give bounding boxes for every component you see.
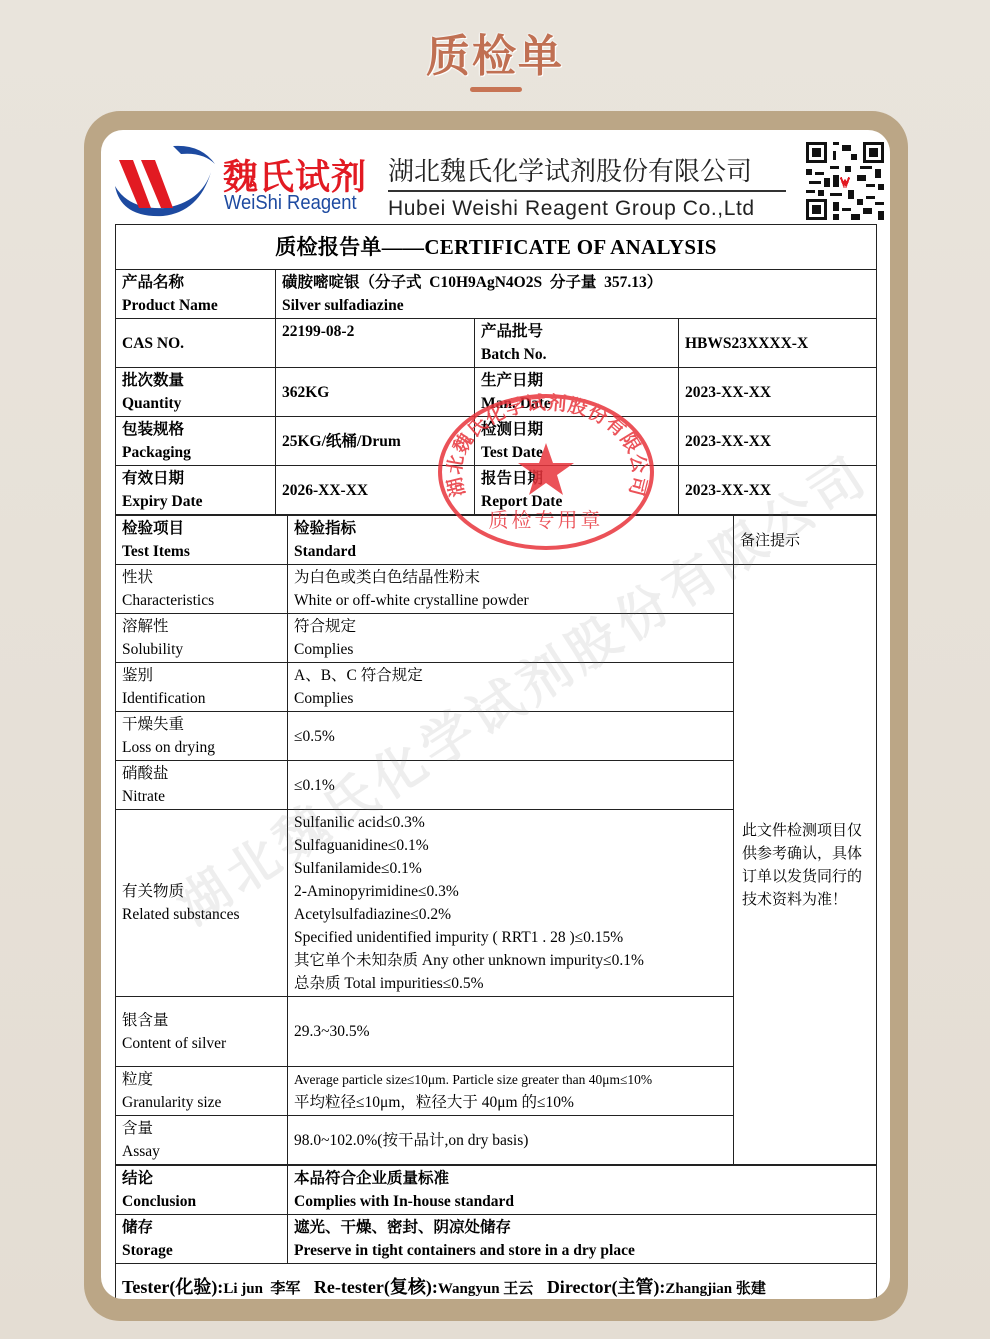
- test-standard: ≤0.1%: [288, 761, 734, 810]
- test-item: 银含量Content of silver: [116, 997, 288, 1067]
- quantity-row: 批次数量Quantity 362KG 生产日期Man. Date 2023-XX…: [116, 368, 877, 417]
- label-cn: 生产日期: [481, 369, 672, 392]
- label-en: Batch No.: [481, 343, 672, 366]
- test-row: 性状Characteristics为白色或类白色结晶性粉末White or of…: [116, 565, 877, 614]
- letterhead: 魏氏试剂 WeiShi Reagent 湖北魏氏化学试剂股份有限公司 Hubei…: [111, 140, 881, 228]
- tester-label: Tester(化验):: [122, 1277, 223, 1297]
- director-name: Zhangjian 张建: [665, 1281, 765, 1297]
- label-cn: 储存: [122, 1216, 281, 1239]
- test-item-en: Related substances: [122, 903, 281, 926]
- test-item-en: Assay: [122, 1140, 281, 1163]
- label-en: Conclusion: [122, 1190, 281, 1213]
- expiry-value: 2026-XX-XX: [276, 466, 475, 515]
- test-item: 含量Assay: [116, 1116, 288, 1165]
- test-standard: 符合规定Complies: [288, 614, 734, 663]
- standard-line: Sulfanilamide≤0.1%: [294, 857, 727, 880]
- standard-line: Acetylsulfadiazine≤0.2%: [294, 903, 727, 926]
- report-date-value: 2023-XX-XX: [679, 466, 877, 515]
- packaging-row: 包装规格Packaging 25KG/纸桶/Drum 检测日期Test Date…: [116, 417, 877, 466]
- standard-line: 总杂质 Total impurities≤0.5%: [294, 972, 727, 995]
- label-en: Expiry Date: [122, 490, 269, 513]
- standard-line: 98.0~102.0%(按干品计,on dry basis): [294, 1129, 727, 1152]
- test-item: 粒度Granularity size: [116, 1067, 288, 1116]
- retester-name: Wangyun 王云: [438, 1281, 533, 1297]
- standard-line: Sulfaguanidine≤0.1%: [294, 834, 727, 857]
- label-en: Storage: [122, 1239, 281, 1262]
- label-cn: 报告日期: [481, 467, 672, 490]
- standard-line: Complies: [294, 687, 727, 710]
- test-item-en: Loss on drying: [122, 736, 281, 759]
- test-item-cn: 溶解性: [122, 615, 281, 638]
- standard-line: Specified unidentified impurity ( RRT1 .…: [294, 926, 727, 949]
- retester-label: Re-tester(复核):: [314, 1277, 438, 1297]
- certificate-title: 质检报告单——CERTIFICATE OF ANALYSIS: [116, 225, 877, 270]
- weishi-logo-icon: [111, 142, 219, 222]
- storage-row: 储存Storage 遮光、干燥、密封、阴凉处储存Preserve in tigh…: [116, 1215, 877, 1264]
- test-item-cn: 有关物质: [122, 880, 281, 903]
- expiry-row: 有效日期Expiry Date 2026-XX-XX 报告日期Report Da…: [116, 466, 877, 515]
- standard-line: White or off-white crystalline powder: [294, 589, 727, 612]
- certificate-card: 魏氏试剂 WeiShi Reagent 湖北魏氏化学试剂股份有限公司 Hubei…: [101, 130, 890, 1299]
- tester-name: Li jun 李军: [223, 1281, 300, 1297]
- label-cn: 检测日期: [481, 418, 672, 441]
- header-item-en: Test Items: [122, 540, 281, 563]
- test-standard: 29.3~30.5%: [288, 997, 734, 1067]
- page-title: 质检单: [0, 20, 990, 84]
- label-en: Quantity: [122, 392, 269, 415]
- quantity-value: 362KG: [276, 368, 475, 417]
- label-cn: 产品名称: [122, 271, 269, 294]
- standard-line: 其它单个未知杂质 Any other unknown impurity≤0.1%: [294, 949, 727, 972]
- test-standard: 为白色或类白色结晶性粉末White or off-white crystalli…: [288, 565, 734, 614]
- label-en: Packaging: [122, 441, 269, 464]
- test-item-cn: 粒度: [122, 1068, 281, 1091]
- header-standard-en: Standard: [294, 540, 727, 563]
- standard-line: 符合规定: [294, 615, 727, 638]
- brand-name-en: WeiShi Reagent: [224, 192, 357, 215]
- test-standard: 98.0~102.0%(按干品计,on dry basis): [288, 1116, 734, 1165]
- conclusion-row: 结论Conclusion 本品符合企业质量标准Complies with In-…: [116, 1166, 877, 1215]
- label-cn: 有效日期: [122, 467, 269, 490]
- label-en: Report Date: [481, 490, 672, 513]
- test-item-cn: 性状: [122, 566, 281, 589]
- standard-line: 29.3~30.5%: [294, 1020, 727, 1043]
- label-en: Test Date: [481, 441, 672, 464]
- test-item: 性状Characteristics: [116, 565, 288, 614]
- standard-line: Complies: [294, 638, 727, 661]
- standard-line: A、B、C 符合规定: [294, 664, 727, 687]
- label-cn: 批次数量: [122, 369, 269, 392]
- test-item: 干燥失重Loss on drying: [116, 712, 288, 761]
- test-item: 有关物质Related substances: [116, 810, 288, 997]
- packaging-value: 25KG/纸桶/Drum: [276, 417, 475, 466]
- storage-en: Preserve in tight containers and store i…: [294, 1239, 870, 1262]
- label-cn: 包装规格: [122, 418, 269, 441]
- label-cn: 结论: [122, 1167, 281, 1190]
- label-en: Man. Date: [481, 392, 672, 415]
- conclusion-cn: 本品符合企业质量标准: [294, 1167, 870, 1190]
- test-header-row: 检验项目Test Items 检验指标Standard 备注提示: [116, 516, 877, 565]
- test-item-en: Content of silver: [122, 1032, 281, 1055]
- label-cn: 产品批号: [481, 320, 672, 343]
- standard-line: 2-Aminopyrimidine≤0.3%: [294, 880, 727, 903]
- man-date-value: 2023-XX-XX: [679, 368, 877, 417]
- signature-row: Tester(化验):Li jun 李军 Re-tester(复核):Wangy…: [116, 1264, 877, 1300]
- standard-line: Sulfanilic acid≤0.3%: [294, 811, 727, 834]
- test-item-cn: 硝酸盐: [122, 762, 281, 785]
- test-item-cn: 银含量: [122, 1009, 281, 1032]
- test-item-en: Identification: [122, 687, 281, 710]
- test-item-cn: 鉴别: [122, 664, 281, 687]
- standard-line: ≤0.1%: [294, 774, 727, 797]
- test-standard: Average particle size≤10μm. Particle siz…: [288, 1067, 734, 1116]
- label-en: Product Name: [122, 294, 269, 317]
- company-name-en: Hubei Weishi Reagent Group Co.,Ltd: [388, 197, 755, 221]
- standard-line: 平均粒径≤10μm，粒径大于 40μm 的≤10%: [294, 1091, 727, 1114]
- qr-code-icon[interactable]: [806, 142, 884, 220]
- test-item-cn: 干燥失重: [122, 713, 281, 736]
- test-item: 硝酸盐Nitrate: [116, 761, 288, 810]
- standard-line: 为白色或类白色结晶性粉末: [294, 566, 727, 589]
- product-name-cn: 磺胺嘧啶银（分子式 C10H9AgN4O2S 分子量 357.13）: [282, 271, 870, 294]
- batch-value: HBWS23XXXX-X: [679, 319, 877, 368]
- director-label: Director(主管):: [547, 1277, 666, 1297]
- test-standard: A、B、C 符合规定Complies: [288, 663, 734, 712]
- test-item-cn: 含量: [122, 1117, 281, 1140]
- test-item: 溶解性Solubility: [116, 614, 288, 663]
- standard-line: Average particle size≤10μm. Particle siz…: [294, 1068, 727, 1091]
- product-name-en: Silver sulfadiazine: [282, 294, 870, 317]
- test-item: 鉴别Identification: [116, 663, 288, 712]
- header-item-cn: 检验项目: [122, 517, 281, 540]
- cas-batch-row: CAS NO. 22199-08-2 产品批号Batch No. HBWS23X…: [116, 319, 877, 368]
- standard-line: ≤0.5%: [294, 725, 727, 748]
- cas-label: CAS NO.: [116, 319, 276, 368]
- conclusion-en: Complies with In-house standard: [294, 1190, 870, 1213]
- company-divider: [388, 190, 786, 192]
- test-item-en: Solubility: [122, 638, 281, 661]
- test-item-en: Characteristics: [122, 589, 281, 612]
- test-item-en: Nitrate: [122, 785, 281, 808]
- test-items-table: 检验项目Test Items 检验指标Standard 备注提示 性状Chara…: [115, 515, 877, 1165]
- company-name-cn: 湖北魏氏化学试剂股份有限公司: [388, 151, 752, 188]
- test-standard: Sulfanilic acid≤0.3%Sulfaguanidine≤0.1%S…: [288, 810, 734, 997]
- remarks-note: 此文件检测项目仅供参考确认，具体订单以发货同行的技术资料为准！: [734, 565, 877, 1165]
- header-note: 备注提示: [734, 516, 877, 565]
- title-underline: [470, 87, 522, 92]
- test-standard: ≤0.5%: [288, 712, 734, 761]
- header-standard-cn: 检验指标: [294, 517, 727, 540]
- test-date-value: 2023-XX-XX: [679, 417, 877, 466]
- test-item-en: Granularity size: [122, 1091, 281, 1114]
- storage-cn: 遮光、干燥、密封、阴凉处储存: [294, 1216, 870, 1239]
- product-name-row: 产品名称Product Name 磺胺嘧啶银（分子式 C10H9AgN4O2S …: [116, 270, 877, 319]
- certificate-table: 质检报告单——CERTIFICATE OF ANALYSIS 产品名称Produ…: [115, 224, 876, 1299]
- cas-value: 22199-08-2: [276, 319, 475, 368]
